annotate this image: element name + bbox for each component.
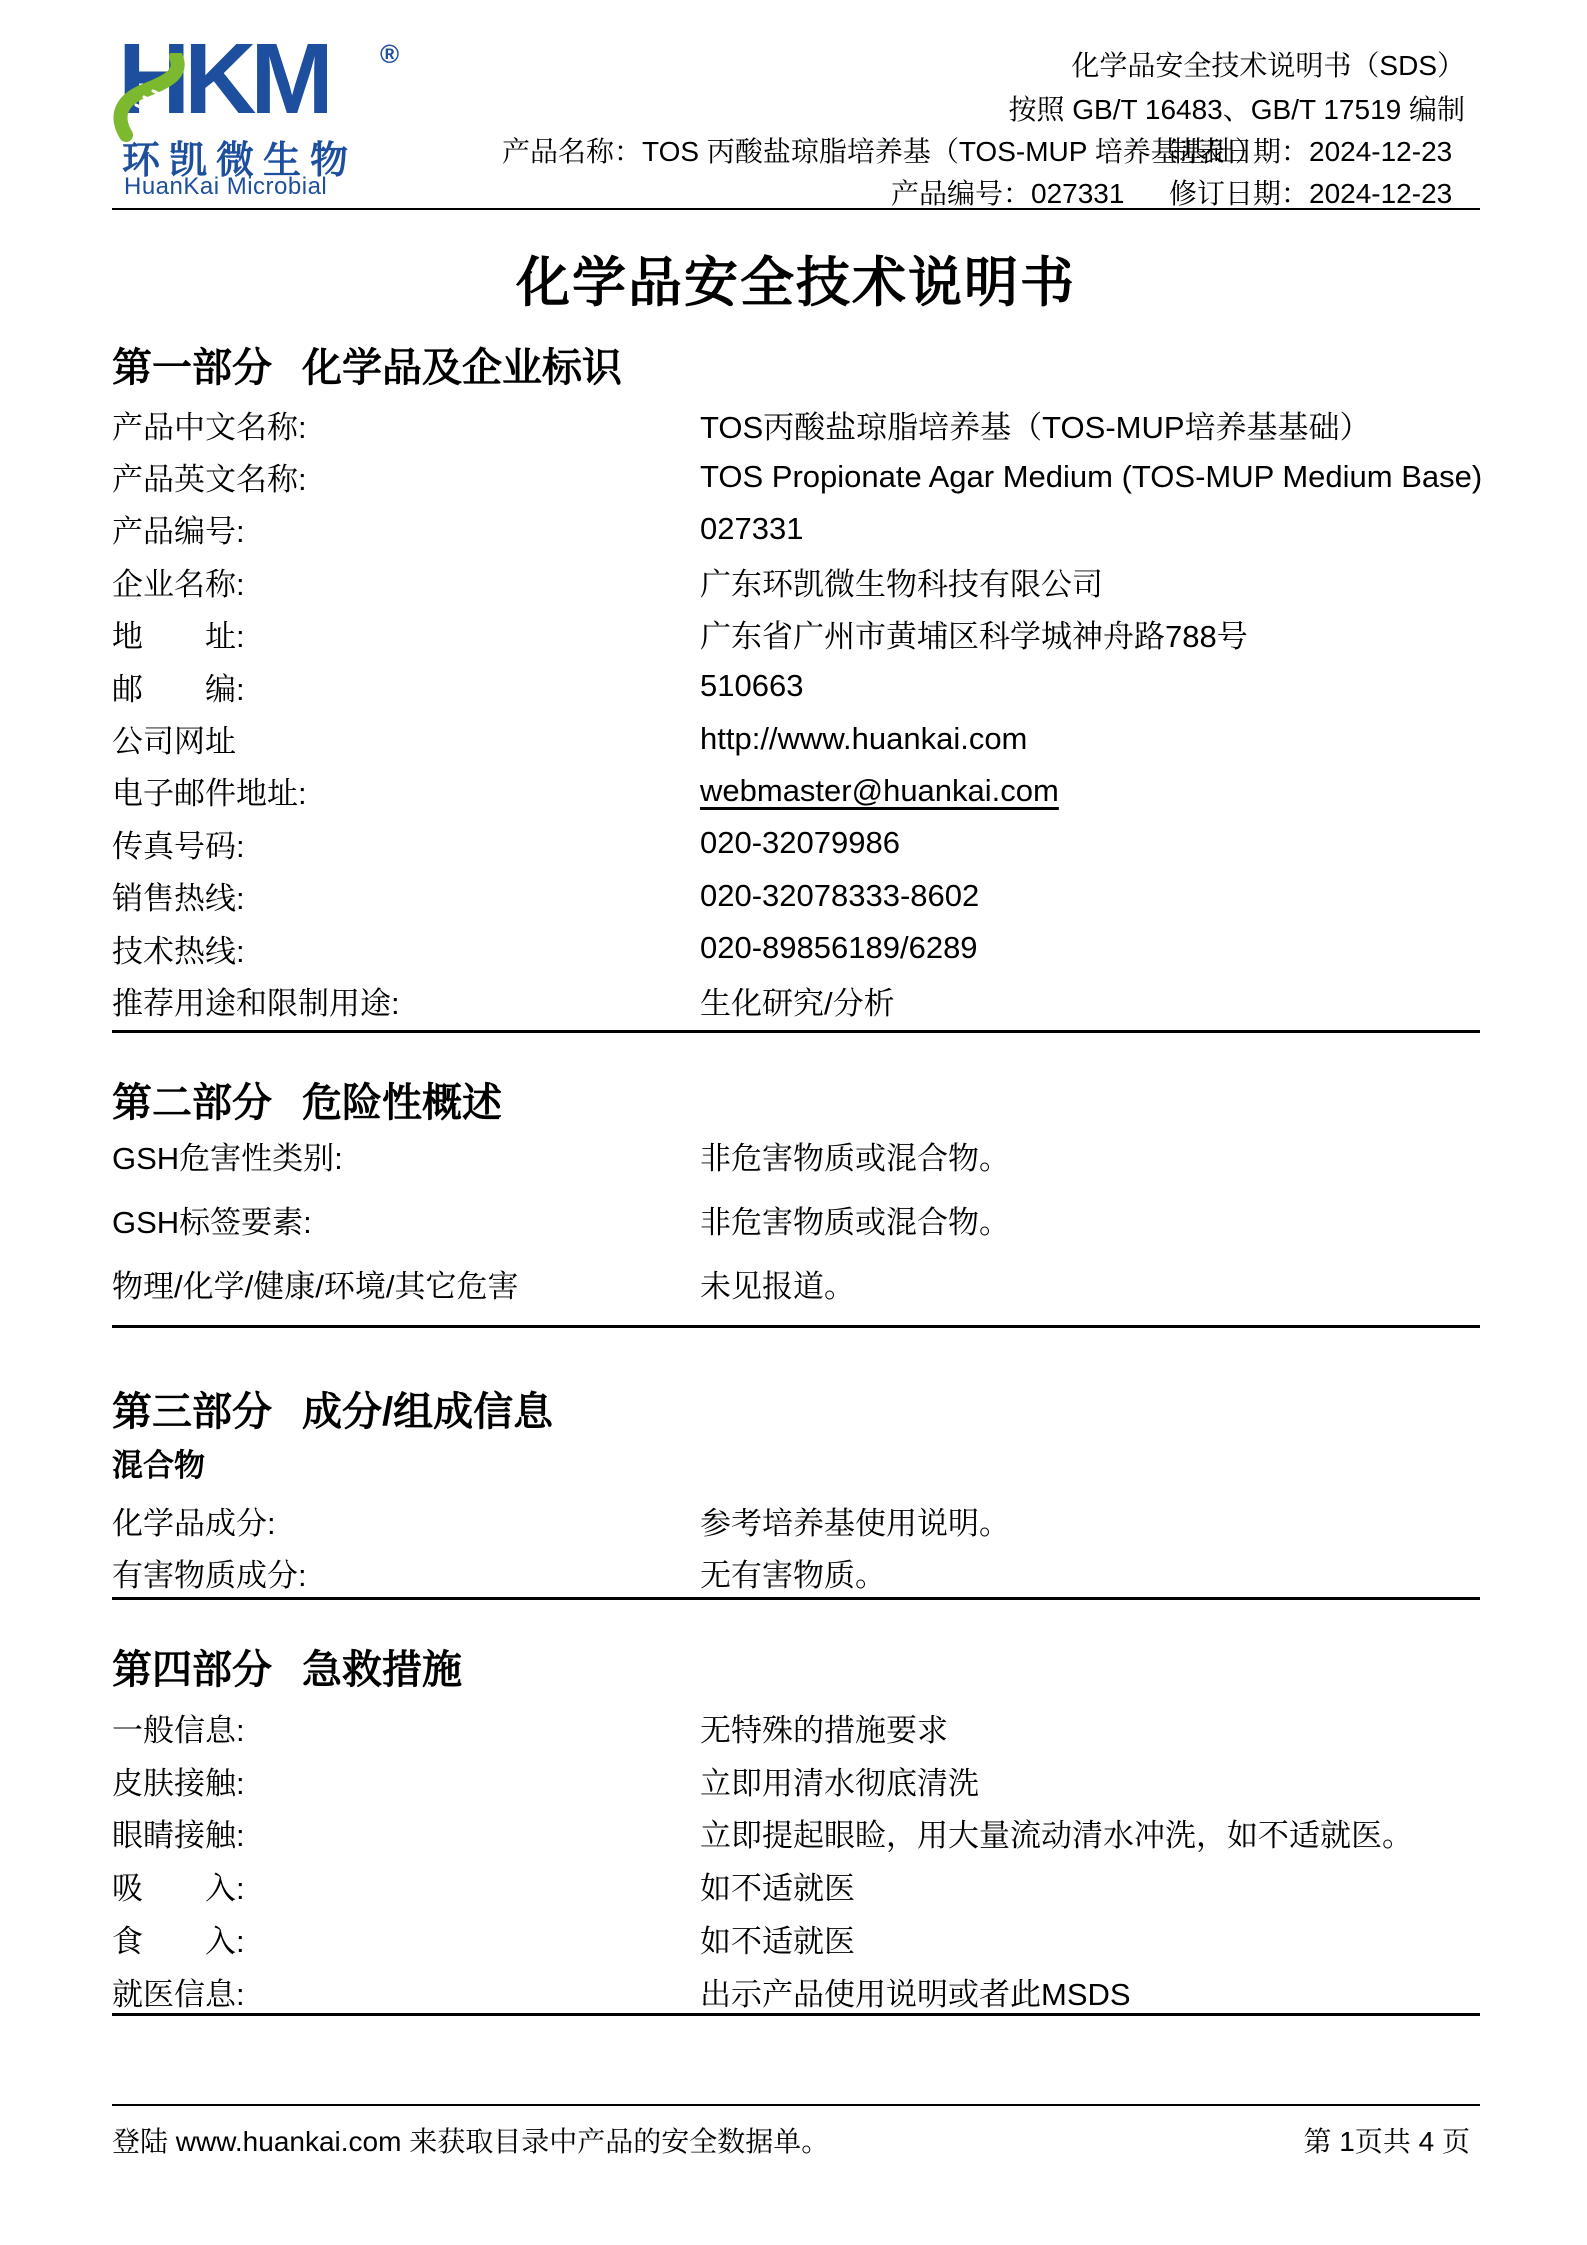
row-value: 出示产品使用说明或者此MSDS (700, 1969, 1480, 2014)
row-label: 企业名称: (112, 559, 700, 604)
row-label: 产品英文名称: (112, 454, 700, 499)
row-ghs-label-elements: GSH标签要素: 非危害物质或混合物。 (112, 1187, 1480, 1251)
header-revised-date: 修订日期：2024-12-23 (1169, 178, 1452, 210)
row-label: 产品编号: (112, 506, 700, 551)
row-label: 化学品成分: (112, 1498, 700, 1543)
row-product-en-name: 产品英文名称: TOS Propionate Agar Medium (TOS-… (112, 450, 1480, 502)
row-product-cn-name: 产品中文名称: TOS丙酸盐琼脂培养基（TOS-MUP培养基基础） (112, 398, 1480, 450)
row-value: TOS Propionate Agar Medium (TOS-MUP Medi… (700, 459, 1482, 495)
row-value: 无特殊的措施要求 (700, 1705, 1480, 1750)
section-4-divider (112, 2013, 1480, 2016)
header-line-product: 产品名称：TOS 丙酸盐琼脂培养基（TOS-MUP 培养基基础） 制表日期：20… (0, 136, 1587, 168)
header-product-name: 产品名称：TOS 丙酸盐琼脂培养基（TOS-MUP 培养基基础） (502, 136, 1263, 168)
row-ingestion: 食 入: 如不适就医 (112, 1912, 1480, 1965)
row-hazardous-components: 有害物质成分: 无有害物质。 (112, 1546, 1480, 1598)
page-title: 化学品安全技术说明书 (112, 240, 1480, 317)
row-general-info: 一般信息: 无特殊的措施要求 (112, 1701, 1480, 1754)
row-chemical-composition: 化学品成分: 参考培养基使用说明。 (112, 1494, 1480, 1546)
row-value: http://www.huankai.com (700, 721, 1480, 757)
registered-trademark-icon: ® (380, 39, 399, 70)
row-value: 510663 (700, 668, 1480, 704)
row-website: 公司网址 http://www.huankai.com (112, 712, 1480, 764)
row-value: 生化研究/分析 (700, 978, 1480, 1023)
row-fax: 传真号码: 020-32079986 (112, 817, 1480, 869)
row-value: 如不适就医 (700, 1863, 1480, 1908)
row-label: GSH标签要素: (112, 1197, 700, 1242)
section-4-rows: 一般信息: 无特殊的措施要求 皮肤接触: 立即用清水彻底清洗 眼睛接触: 立即提… (112, 1701, 1480, 2018)
row-tech-hotline: 技术热线: 020-89856189/6289 (112, 922, 1480, 974)
row-value: 未见报道。 (700, 1261, 1480, 1306)
row-label: 物理/化学/健康/环境/其它危害 (112, 1261, 700, 1306)
section-3-heading: 第三部分成分/组成信息 (112, 1392, 553, 1432)
row-label: 吸 入: (112, 1863, 700, 1908)
row-label: 推荐用途和限制用途: (112, 978, 700, 1023)
section-2-rows: GSH危害性类别: 非危害物质或混合物。 GSH标签要素: 非危害物质或混合物。… (112, 1123, 1480, 1315)
section-1-rows: 产品中文名称: TOS丙酸盐琼脂培养基（TOS-MUP培养基基础） 产品英文名称… (112, 398, 1480, 1027)
row-label: 公司网址 (112, 716, 700, 761)
section-2-heading: 第二部分危险性概述 (112, 1083, 502, 1123)
row-value: TOS丙酸盐琼脂培养基（TOS-MUP培养基基础） (700, 402, 1480, 447)
row-email: 电子邮件地址: webmaster@huankai.com (112, 765, 1480, 817)
section-1-number: 第一部分 (112, 346, 272, 390)
row-value: 020-89856189/6289 (700, 930, 1480, 966)
row-value: 020-32079986 (700, 825, 1480, 861)
row-value: 非危害物质或混合物。 (700, 1197, 1480, 1242)
company-logo: HKM ® 环凯微生物 HuanKai Microbial (112, 45, 452, 195)
row-company-name: 企业名称: 广东环凯微生物科技有限公司 (112, 555, 1480, 607)
row-value: 立即提起眼睑，用大量流动清水冲洗，如不适就医。 (700, 1810, 1480, 1855)
row-value: 020-32078333-8602 (700, 878, 1480, 914)
mixture-subheading: 混合物 (112, 1450, 205, 1481)
section-2-title: 危险性概述 (302, 1081, 502, 1125)
row-medical-info: 就医信息: 出示产品使用说明或者此MSDS (112, 1965, 1480, 2018)
row-value: 广东省广州市黄埔区科学城神舟路788号 (700, 611, 1480, 656)
row-other-hazards: 物理/化学/健康/环境/其它危害 未见报道。 (112, 1251, 1480, 1315)
row-label: 地 址: (112, 611, 700, 656)
row-label: 一般信息: (112, 1705, 700, 1750)
row-value: 立即用清水彻底清洗 (700, 1758, 1480, 1803)
header-product-code: 产品编号：027331 (891, 178, 1124, 210)
section-1-title: 化学品及企业标识 (302, 346, 622, 390)
row-eye-contact: 眼睛接触: 立即提起眼睑，用大量流动清水冲洗，如不适就医。 (112, 1807, 1480, 1860)
row-sales-hotline: 销售热线: 020-32078333-8602 (112, 870, 1480, 922)
row-label: 有害物质成分: (112, 1550, 700, 1595)
section-4-title: 急救措施 (302, 1648, 462, 1692)
row-label: GSH危害性类别: (112, 1133, 700, 1178)
header-created-date: 制表日期：2024-12-23 (1169, 136, 1452, 168)
row-inhalation: 吸 入: 如不适就医 (112, 1859, 1480, 1912)
section-1-heading: 第一部分化学品及企业标识 (112, 348, 622, 388)
row-value: 无有害物质。 (700, 1550, 1480, 1595)
row-label: 产品中文名称: (112, 402, 700, 447)
row-recommended-use: 推荐用途和限制用途: 生化研究/分析 (112, 974, 1480, 1026)
email-link[interactable]: webmaster@huankai.com (700, 773, 1480, 809)
row-value: 广东环凯微生物科技有限公司 (700, 559, 1480, 604)
row-label: 传真号码: (112, 821, 700, 866)
header-standard-note: 按照 GB/T 16483、GB/T 17519 编制 (1008, 94, 1465, 126)
section-2-number: 第二部分 (112, 1081, 272, 1125)
header-divider (112, 208, 1480, 210)
row-label: 就医信息: (112, 1969, 700, 2014)
section-3-divider (112, 1597, 1480, 1600)
row-label: 食 入: (112, 1916, 700, 1961)
section-1-divider (112, 1030, 1480, 1033)
row-value: 如不适就医 (700, 1916, 1480, 1961)
row-label: 邮 编: (112, 664, 700, 709)
row-label: 销售热线: (112, 873, 700, 918)
row-skin-contact: 皮肤接触: 立即用清水彻底清洗 (112, 1754, 1480, 1807)
section-3-rows: 化学品成分: 参考培养基使用说明。 有害物质成分: 无有害物质。 (112, 1494, 1480, 1598)
sds-document-page: HKM ® 环凯微生物 HuanKai Microbial 化学品安全技术说明书… (0, 0, 1587, 2245)
page-number: 第 1页共 4 页 (1304, 2120, 1470, 2160)
footer-divider (112, 2104, 1480, 2106)
row-label: 技术热线: (112, 926, 700, 971)
section-4-heading: 第四部分急救措施 (112, 1650, 462, 1690)
row-label: 电子邮件地址: (112, 768, 700, 813)
section-3-number: 第三部分 (112, 1390, 272, 1434)
footer-note: 登陆 www.huankai.com 来获取目录中产品的安全数据单。 (112, 2120, 829, 2160)
section-4-number: 第四部分 (112, 1648, 272, 1692)
header-doc-type: 化学品安全技术说明书（SDS） (1071, 50, 1465, 82)
row-value: 参考培养基使用说明。 (700, 1498, 1480, 1543)
row-value: 非危害物质或混合物。 (700, 1133, 1480, 1178)
row-label: 皮肤接触: (112, 1758, 700, 1803)
row-ghs-hazard-class: GSH危害性类别: 非危害物质或混合物。 (112, 1123, 1480, 1187)
row-value: 027331 (700, 511, 1480, 547)
row-postal-code: 邮 编: 510663 (112, 660, 1480, 712)
row-label: 眼睛接触: (112, 1810, 700, 1855)
row-product-code: 产品编号: 027331 (112, 503, 1480, 555)
row-address: 地 址: 广东省广州市黄埔区科学城神舟路788号 (112, 608, 1480, 660)
section-3-title: 成分/组成信息 (302, 1390, 553, 1434)
section-2-divider (112, 1325, 1480, 1328)
logo-wordmark: HKM (118, 29, 328, 129)
header-line-code: 产品编号：027331 修订日期：2024-12-23 (0, 178, 1587, 210)
